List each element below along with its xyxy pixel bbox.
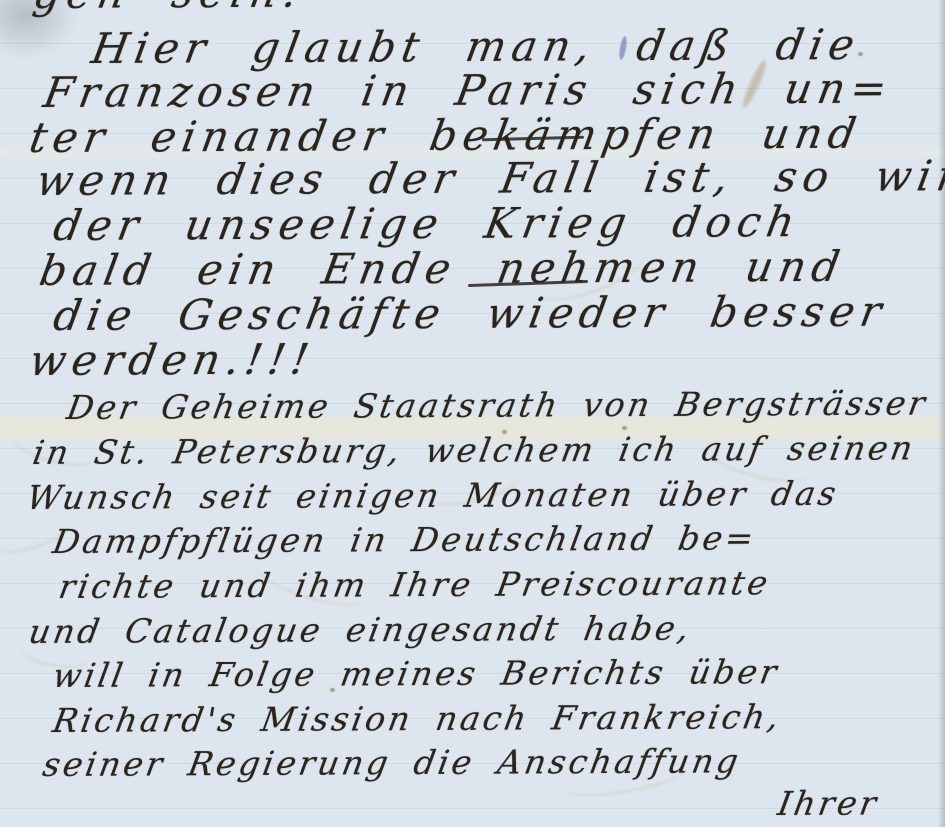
handwritten-line: Der Geheime Staatsrath von Bergsträsser — [64, 384, 931, 427]
handwritten-line: Wunsch seit einigen Monaten über das — [24, 474, 842, 517]
handwritten-line: in St. Petersburg, welchem ich auf seine… — [30, 428, 918, 472]
handwritten-line: werden.!!! — [26, 335, 318, 385]
handwritten-line: die Geschäfte wieder besser — [50, 287, 891, 340]
paper-right-edge-shadow — [938, 0, 945, 827]
handwritten-line: und Catalogue eingesandt habe, — [26, 609, 695, 651]
handwritten-line: will in Folge meines Berichts über — [50, 652, 782, 695]
handwritten-line: seiner Regierung die Anschaffung — [40, 741, 744, 784]
ink-speck — [858, 52, 863, 56]
handwritten-line: richte und ihm Ihre Preiscourante — [56, 563, 774, 606]
handwritten-line: Richard's Mission nach Frankreich, — [50, 697, 785, 740]
cut-line-fragment: gen sein. — [30, 0, 307, 18]
letter-scan-page: gen sein. Hier glaubt man, daß die Franz… — [0, 0, 945, 827]
handwritten-line: wenn dies der Fall ist, so wird — [33, 151, 945, 205]
handwritten-line: Dampfpflügen in Deutschland be= — [50, 518, 759, 561]
catchword: Ihrer — [775, 783, 882, 823]
